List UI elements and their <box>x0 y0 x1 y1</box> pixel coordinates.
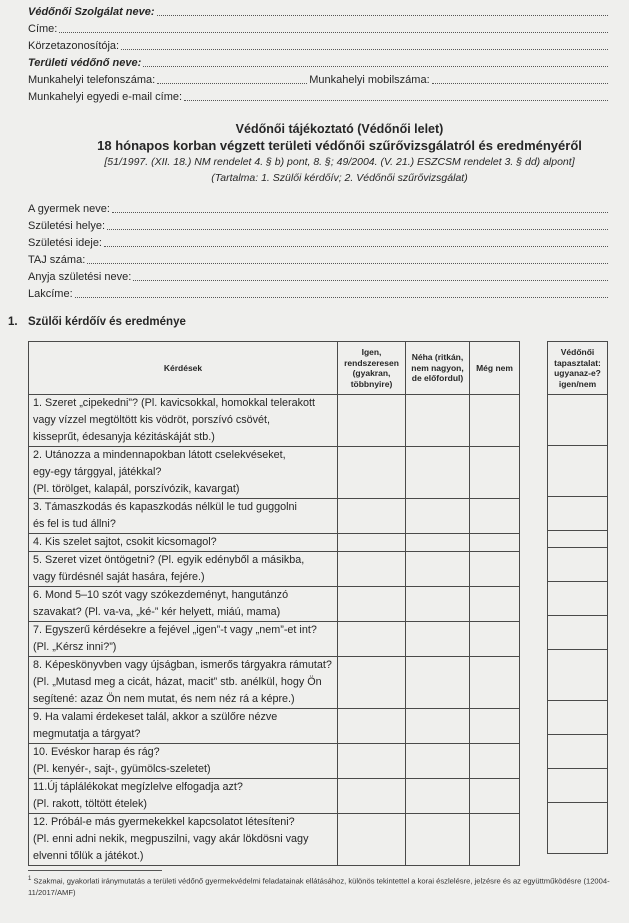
question-text-line: vagy vízzel megtöltött kis vödröt, porsz… <box>33 412 333 429</box>
field-label: TAJ száma: <box>28 254 85 267</box>
footnote-marker: 1 <box>28 876 31 882</box>
question-text-line: 6. Mond 5–10 szót vagy szókezdeményt, ha… <box>33 587 333 604</box>
answer-not-yet-cell[interactable] <box>470 779 520 814</box>
header-sometimes: Néha (ritkán, nem nagyon, de előfordul) <box>406 342 470 395</box>
answer-sometimes-cell[interactable] <box>406 779 470 814</box>
answer-sometimes-cell[interactable] <box>406 622 470 657</box>
fill-line[interactable] <box>87 262 608 264</box>
nurse-row <box>548 803 608 854</box>
question-cell: 8. Képeskönyvben vagy újságban, ismerős … <box>29 657 338 709</box>
nurse-row <box>548 582 608 616</box>
form-page: Védőnői Szolgálat neve: Címe: Körzetazon… <box>0 0 629 923</box>
answer-not-yet-cell[interactable] <box>470 814 520 866</box>
title-line-1: Védőnői tájékoztató (Védőnői lelet) <box>50 121 629 137</box>
answer-yes-cell[interactable] <box>338 499 406 534</box>
question-text-line: szavakat? (Pl. va-va, „ké-” kér helyett,… <box>33 604 333 621</box>
nurse-experience-table: Védőnői tapasztalat: ugyanaz-e? igen/nem <box>547 341 608 854</box>
nurse-row <box>548 446 608 497</box>
table-row: 10. Evéskor harap és rág?(Pl. kenyér-, s… <box>29 744 520 779</box>
question-text-line: kisseprűt, édesanyja kézitáskáját stb.) <box>33 429 333 446</box>
nurse-experience-cell[interactable] <box>548 497 608 531</box>
contents-note: (Tartalma: 1. Szülői kérdőív; 2. Védőnői… <box>50 170 629 186</box>
answer-yes-cell[interactable] <box>338 814 406 866</box>
header-yes: Igen, rendszeresen (gyakran, többnyire) <box>338 342 406 395</box>
footnote-text: Szakmai, gyakorlati iránymutatás a terül… <box>28 877 610 897</box>
table-header-row: Kérdések Igen, rendszeresen (gyakran, tö… <box>29 342 520 395</box>
district-id-field[interactable]: Körzetazonosítója: <box>28 36 608 53</box>
fill-line[interactable] <box>157 14 608 16</box>
question-text-line: (Pl. törölget, kalapál, porszívózik, kav… <box>33 481 333 498</box>
questionnaire-table: Kérdések Igen, rendszeresen (gyakran, tö… <box>28 341 520 866</box>
table-row: 8. Képeskönyvben vagy újságban, ismerős … <box>29 657 520 709</box>
answer-not-yet-cell[interactable] <box>470 552 520 587</box>
question-text-line: (Pl. enni adni nekik, megpuszilni, vagy … <box>33 831 333 848</box>
question-cell: 10. Evéskor harap és rág?(Pl. kenyér-, s… <box>29 744 338 779</box>
answer-yes-cell[interactable] <box>338 552 406 587</box>
answer-sometimes-cell[interactable] <box>406 657 470 709</box>
question-text-line: vagy fürdésnél saját hasára, fejére.) <box>33 569 333 586</box>
fill-line[interactable] <box>143 65 608 67</box>
table-row: 9. Ha valami érdekeset talál, akkor a sz… <box>29 709 520 744</box>
nurse-row <box>548 497 608 531</box>
question-text-line: 8. Képeskönyvben vagy újságban, ismerős … <box>33 657 333 674</box>
answer-not-yet-cell[interactable] <box>470 499 520 534</box>
nurse-row <box>548 701 608 735</box>
question-cell: 3. Támaszkodás és kapaszkodás nélkül le … <box>29 499 338 534</box>
question-cell: 1. Szeret „cipekedni”? (Pl. kavicsokkal,… <box>29 395 338 447</box>
nurse-experience-cell[interactable] <box>548 803 608 854</box>
nurse-experience-cell[interactable] <box>548 395 608 446</box>
nurse-header-row: Védőnői tapasztalat: ugyanaz-e? igen/nem <box>548 342 608 395</box>
footnote-divider <box>28 870 162 871</box>
answer-yes-cell[interactable] <box>338 587 406 622</box>
work-phone-label: Munkahelyi telefonszáma: <box>28 74 155 87</box>
answer-yes-cell[interactable] <box>338 657 406 709</box>
fill-line[interactable] <box>133 279 608 281</box>
table-row: 3. Támaszkodás és kapaszkodás nélkül le … <box>29 499 520 534</box>
legal-reference: [51/1997. (XII. 18.) NM rendelet 4. § b)… <box>50 154 629 170</box>
fill-line[interactable] <box>184 99 608 101</box>
question-cell: 6. Mond 5–10 szót vagy szókezdeményt, ha… <box>29 587 338 622</box>
answer-not-yet-cell[interactable] <box>470 709 520 744</box>
question-text-line: 2. Utánozza a mindennapokban látott csel… <box>33 447 333 464</box>
fill-line[interactable] <box>59 31 608 33</box>
field-label: Címe: <box>28 23 57 36</box>
answer-not-yet-cell[interactable] <box>470 395 520 447</box>
field-label: Lakcíme: <box>28 288 73 301</box>
fill-line[interactable] <box>104 245 608 247</box>
answer-not-yet-cell[interactable] <box>470 587 520 622</box>
nurse-row <box>548 616 608 650</box>
answer-yes-cell[interactable] <box>338 395 406 447</box>
question-text-line: 1. Szeret „cipekedni”? (Pl. kavicsokkal,… <box>33 395 333 412</box>
question-text-line: 4. Kis szelet sajtot, csokit kicsomagol? <box>33 534 333 551</box>
field-label: Munkahelyi egyedi e-mail címe: <box>28 91 182 104</box>
question-text-line: 3. Támaszkodás és kapaszkodás nélkül le … <box>33 499 333 516</box>
table-row: 5. Szeret vizet öntögetni? (Pl. egyik ed… <box>29 552 520 587</box>
work-phone-fill-line[interactable] <box>157 82 307 84</box>
table-row: 2. Utánozza a mindennapokban látott csel… <box>29 447 520 499</box>
answer-yes-cell[interactable] <box>338 779 406 814</box>
answer-sometimes-cell[interactable] <box>406 552 470 587</box>
question-text-line: (Pl. „Mutasd meg a cicát, házat, macit” … <box>33 674 333 691</box>
question-text-line: 9. Ha valami érdekeset talál, akkor a sz… <box>33 709 333 726</box>
question-text-line: egy-egy tárggyal, játékkal? <box>33 464 333 481</box>
nurse-experience-cell[interactable] <box>548 548 608 582</box>
answer-not-yet-cell[interactable] <box>470 534 520 552</box>
nurse-row <box>548 548 608 582</box>
nurse-row <box>548 735 608 769</box>
mother-birth-name-field[interactable]: Anyja születési neve: <box>28 267 608 284</box>
nurse-row <box>548 769 608 803</box>
birth-date-field[interactable]: Születési ideje: <box>28 233 608 250</box>
answer-yes-cell[interactable] <box>338 709 406 744</box>
table-row: 11.Új táplálékokat megízlelve elfogadja … <box>29 779 520 814</box>
field-label: A gyermek neve: <box>28 203 110 216</box>
answer-yes-cell[interactable] <box>338 447 406 499</box>
answer-yes-cell[interactable] <box>338 744 406 779</box>
field-label: Anyja születési neve: <box>28 271 131 284</box>
answer-not-yet-cell[interactable] <box>470 657 520 709</box>
question-text-line: segítené: azaz Ön nem mutat, és nem néz … <box>33 691 333 708</box>
question-cell: 11.Új táplálékokat megízlelve elfogadja … <box>29 779 338 814</box>
field-label: Születési ideje: <box>28 237 102 250</box>
question-text-line: megmutatja a tárgyat? <box>33 726 333 743</box>
nurse-row <box>548 395 608 446</box>
nurse-experience-cell[interactable] <box>548 735 608 769</box>
table-row: 7. Egyszerű kérdésekre a fejével „igen”-… <box>29 622 520 657</box>
table-row: 1. Szeret „cipekedni”? (Pl. kavicsokkal,… <box>29 395 520 447</box>
table-row: 12. Próbál-e más gyermekekkel kapcsolato… <box>29 814 520 866</box>
answer-sometimes-cell[interactable] <box>406 814 470 866</box>
question-cell: 2. Utánozza a mindennapokban látott csel… <box>29 447 338 499</box>
question-text-line: (Pl. „Kérsz inni?”) <box>33 639 333 656</box>
footnote: 1 Szakmai, gyakorlati iránymutatás a ter… <box>28 874 613 898</box>
email-field[interactable]: Munkahelyi egyedi e-mail címe: <box>28 87 608 104</box>
answer-not-yet-cell[interactable] <box>470 622 520 657</box>
nurse-row <box>548 650 608 701</box>
nurse-name-field[interactable]: Területi védőnő neve: <box>28 53 608 70</box>
header-questions: Kérdések <box>29 342 338 395</box>
question-cell: 12. Próbál-e más gyermekekkel kapcsolato… <box>29 814 338 866</box>
answer-sometimes-cell[interactable] <box>406 534 470 552</box>
question-text-line: és fel is tud állni? <box>33 516 333 533</box>
question-text-line: 11.Új táplálékokat megízlelve elfogadja … <box>33 779 333 796</box>
phone-row: Munkahelyi telefonszáma: Munkahelyi mobi… <box>28 70 608 87</box>
question-text-line: (Pl. rakott, töltött ételek) <box>33 796 333 813</box>
answer-not-yet-cell[interactable] <box>470 744 520 779</box>
table-row: 4. Kis szelet sajtot, csokit kicsomagol? <box>29 534 520 552</box>
fill-line[interactable] <box>112 211 608 213</box>
answer-yes-cell[interactable] <box>338 534 406 552</box>
service-name-field[interactable]: Védőnői Szolgálat neve: <box>28 2 608 19</box>
nurse-experience-cell[interactable] <box>548 769 608 803</box>
taj-number-field[interactable]: TAJ száma: <box>28 250 608 267</box>
question-cell: 4. Kis szelet sajtot, csokit kicsomagol? <box>29 534 338 552</box>
address-field[interactable]: Címe: <box>28 19 608 36</box>
nurse-experience-cell[interactable] <box>548 531 608 548</box>
fill-line[interactable] <box>75 296 608 298</box>
mobile-label: Munkahelyi mobilszáma: <box>309 74 429 87</box>
table-row: 6. Mond 5–10 szót vagy szókezdeményt, ha… <box>29 587 520 622</box>
field-label: Születési helye: <box>28 220 105 233</box>
nurse-experience-cell[interactable] <box>548 701 608 735</box>
field-label: Területi védőnő neve: <box>28 57 141 70</box>
birth-place-field[interactable]: Születési helye: <box>28 216 608 233</box>
section-heading: 1.Szülői kérdőív és eredménye <box>8 316 186 328</box>
section-number: 1. <box>8 316 28 328</box>
question-text-line: 5. Szeret vizet öntögetni? (Pl. egyik ed… <box>33 552 333 569</box>
question-text-line: 10. Evéskor harap és rág? <box>33 744 333 761</box>
field-label: Védőnői Szolgálat neve: <box>28 6 155 19</box>
section-title: Szülői kérdőív és eredménye <box>28 316 186 328</box>
header-nurse-experience: Védőnői tapasztalat: ugyanaz-e? igen/nem <box>548 342 608 395</box>
answer-sometimes-cell[interactable] <box>406 395 470 447</box>
answer-yes-cell[interactable] <box>338 622 406 657</box>
question-text-line: 7. Egyszerű kérdésekre a fejével „igen”-… <box>33 622 333 639</box>
question-text-line: elvenni tőlük a játékot.) <box>33 848 333 865</box>
answer-sometimes-cell[interactable] <box>406 709 470 744</box>
fill-line[interactable] <box>107 228 608 230</box>
nurse-experience-cell[interactable] <box>548 616 608 650</box>
service-fields: Védőnői Szolgálat neve: Címe: Körzetazon… <box>28 2 608 104</box>
child-name-field[interactable]: A gyermek neve: <box>28 199 608 216</box>
nurse-experience-cell[interactable] <box>548 650 608 701</box>
fill-line[interactable] <box>121 48 608 50</box>
child-fields: A gyermek neve: Születési helye: Születé… <box>28 199 608 301</box>
answer-sometimes-cell[interactable] <box>406 499 470 534</box>
residence-field[interactable]: Lakcíme: <box>28 284 608 301</box>
nurse-experience-cell[interactable] <box>548 582 608 616</box>
question-text-line: (Pl. kenyér-, sajt-, gyümölcs-szeletet) <box>33 761 333 778</box>
header-not-yet: Még nem <box>470 342 520 395</box>
answer-sometimes-cell[interactable] <box>406 587 470 622</box>
question-cell: 7. Egyszerű kérdésekre a fejével „igen”-… <box>29 622 338 657</box>
answer-sometimes-cell[interactable] <box>406 744 470 779</box>
answer-not-yet-cell[interactable] <box>470 447 520 499</box>
nurse-row <box>548 531 608 548</box>
nurse-experience-cell[interactable] <box>548 446 608 497</box>
question-text-line: 12. Próbál-e más gyermekekkel kapcsolato… <box>33 814 333 831</box>
mobile-fill-line[interactable] <box>432 82 608 84</box>
field-label: Körzetazonosítója: <box>28 40 119 53</box>
question-cell: 9. Ha valami érdekeset talál, akkor a sz… <box>29 709 338 744</box>
question-cell: 5. Szeret vizet öntögetni? (Pl. egyik ed… <box>29 552 338 587</box>
answer-sometimes-cell[interactable] <box>406 447 470 499</box>
document-title: Védőnői tájékoztató (Védőnői lelet) 18 h… <box>50 121 629 186</box>
title-line-2: 18 hónapos korban végzett területi védőn… <box>50 137 629 154</box>
